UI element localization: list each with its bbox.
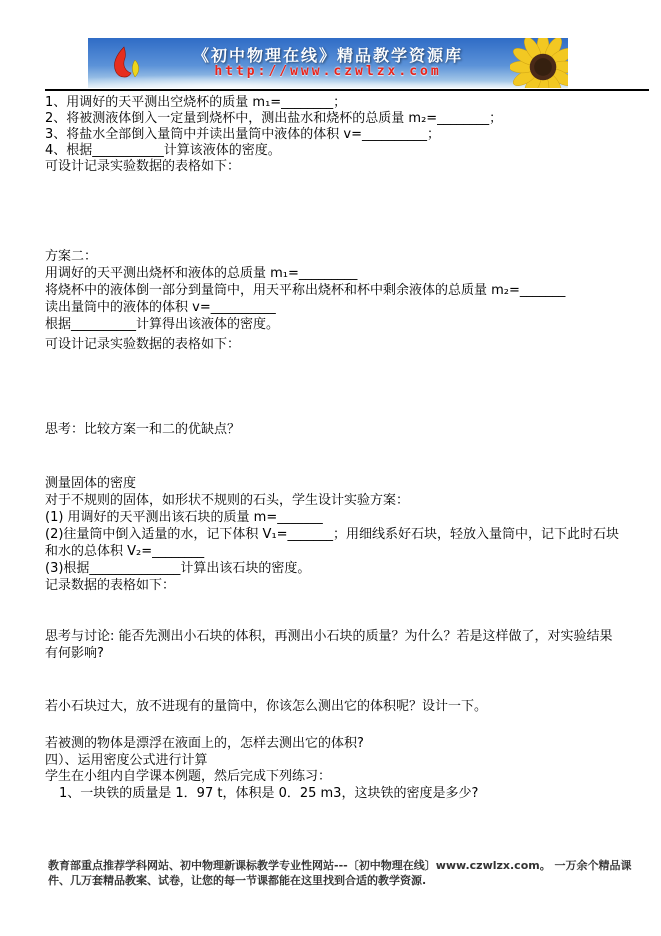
solid-step-1: (1) 用调好的天平测出该石块的质量 m=_______ [45,509,623,526]
scheme2-step-1: 用调好的天平测出烧杯和液体的总质量 m₁=_________ [45,265,623,282]
big-stone-question: 若小石块过大，放不进现有的量筒中，你该怎么测出它的体积呢？设计一下。 [45,698,623,715]
sunflower-icon [510,38,568,88]
header-rule [45,89,649,91]
solid-step-2: (2)往量筒中倒入适量的水，记下体积 V₁=_______；用细线系好石块，轻放… [45,526,623,560]
banner-title: 《初中物理在线》精品教学资源库 [88,43,568,66]
liquid-table-note: 可设计记录实验数据的表格如下： [45,158,623,175]
site-banner: 《初中物理在线》精品教学资源库 http://www.czwlzx.com [88,38,568,88]
liquid-step-2: 2、将被测液体倒入一定量到烧杯中，测出盐水和烧杯的总质量 m₂=________… [45,110,623,127]
practice-intro: 学生在小组内自学课本例题，然后完成下列练习： [45,768,623,785]
solid-step-3: (3)根据______________计算出该石块的密度。 [45,560,623,577]
document-page: 《初中物理在线》精品教学资源库 http://www.czwlzx.com [0,0,661,936]
liquid-step-4: 4、根据___________计算该液体的密度。 [45,142,623,159]
scheme2-step-4: 根据__________计算得出该液体的密度。 [45,316,623,333]
section4-heading: 四）、运用密度公式进行计算 [45,752,623,769]
floating-question: 若被测的物体是漂浮在液面上的，怎样去测出它的体积? [45,735,623,752]
page-footer: 教育部重点推荐学科网站、初中物理新课标教学专业性网站---〔初中物理在线〕www… [48,858,632,888]
solid-table-note: 记录数据的表格如下： [45,577,623,594]
scheme2-table-note: 可设计记录实验数据的表格如下： [45,336,623,353]
liquid-step-3: 3、将盐水全部倒入量筒中并读出量筒中液体的体积 v=__________； [45,126,623,143]
solid-heading: 测量固体的密度 [45,475,623,492]
scheme2-heading: 方案二： [45,248,623,265]
think-compare: 思考：比较方案一和二的优缺点？ [45,421,623,438]
exercise-1: 1、一块铁的质量是 1．97 t，体积是 0．25 m3，这块铁的密度是多少? [45,785,637,802]
solid-intro: 对于不规则的固体，如形状不规则的石头，学生设计实验方案： [45,492,623,509]
discussion-question: 思考与讨论: 能否先测出小石块的体积，再测出小石块的质量？为什么？若是这样做了，… [45,628,623,662]
liquid-step-1: 1、用调好的天平测出空烧杯的质量 m₁=________； [45,94,623,111]
banner-url: http://www.czwlzx.com [88,64,568,79]
scheme2-step-3: 读出量筒中的液体的体积 v=__________ [45,299,623,316]
scheme2-step-2: 将烧杯中的液体倒一部分到量筒中，用天平称出烧杯和杯中剩余液体的总质量 m₂=__… [45,282,623,299]
